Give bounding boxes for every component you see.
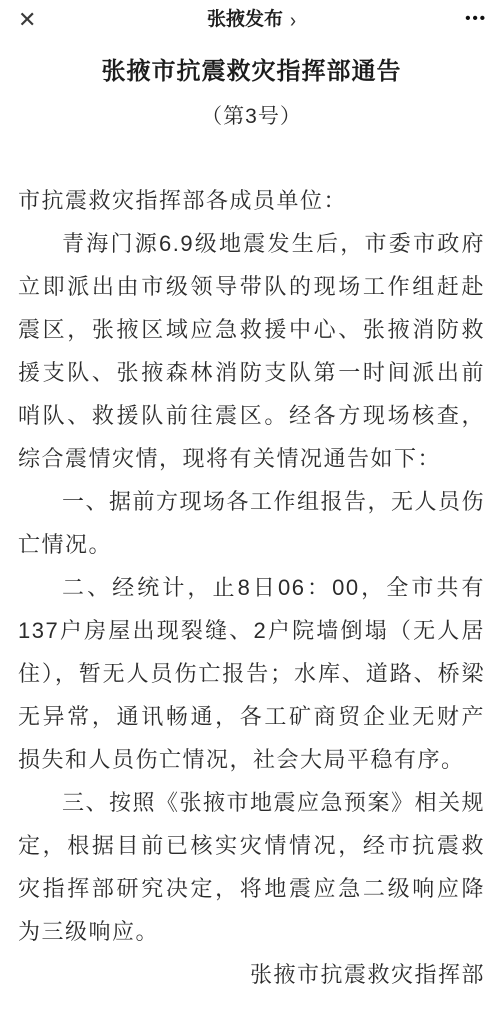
paragraph-3: 二、经统计，止8日06：00，全市共有137户房屋出现裂缝、2户院墙倒塌（无人居… [18,566,485,781]
salutation-line: 市抗震救灾指挥部各成员单位： [18,179,485,222]
paragraph-2: 一、据前方现场各工作组报告，无人员伤亡情况。 [18,480,485,566]
chevron-right-icon: › [290,3,296,38]
article-content: 张掖市抗震救灾指挥部通告 （第3号） 市抗震救灾指挥部各成员单位： 青海门源6.… [0,56,503,996]
account-name: 张掖发布 [207,5,283,35]
signature-line: 张掖市抗震救灾指挥部 [18,953,485,996]
article-page: ✕ 张掖发布 › ••• 张掖市抗震救灾指挥部通告 （第3号） 市抗震救灾指挥部… [0,0,503,1024]
top-bar: ✕ 张掖发布 › ••• [0,0,503,42]
article-title: 张掖市抗震救灾指挥部通告 [28,56,475,88]
paragraph-1: 青海门源6.9级地震发生后，市委市政府立即派出由市级领导带队的现场工作组赶赴震区… [18,222,485,480]
more-menu-icon[interactable]: ••• [465,6,487,32]
paragraph-4: 三、按照《张掖市地震应急预案》相关规定，根据目前已核实灾情情况，经市抗震救灾指挥… [18,781,485,953]
close-icon[interactable]: ✕ [14,4,40,36]
issue-number: （第3号） [0,103,503,131]
account-link[interactable]: 张掖发布 › [207,5,296,35]
article-body: 市抗震救灾指挥部各成员单位： 青海门源6.9级地震发生后，市委市政府立即派出由市… [18,179,485,996]
